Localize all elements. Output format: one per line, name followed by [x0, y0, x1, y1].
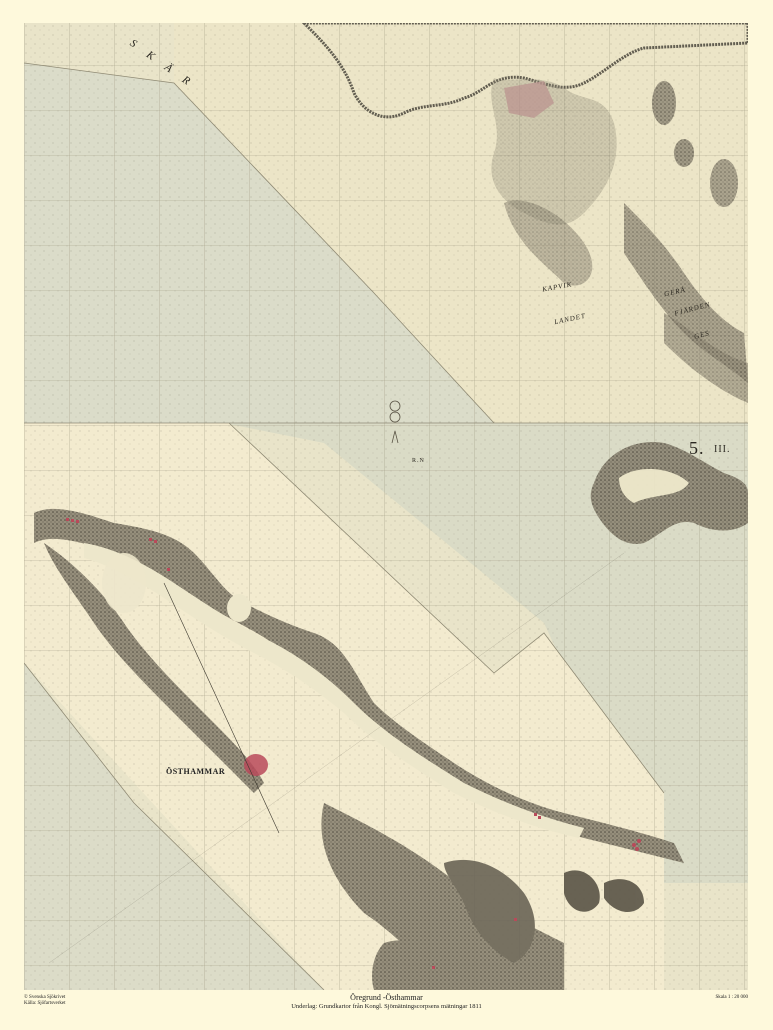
- map-title: Öregrund -Östhammar: [0, 993, 773, 1003]
- label-osthammar: ÖSTHAMMAR: [166, 767, 225, 776]
- scale-label: Skala 1 : 20 000: [716, 995, 749, 1000]
- map-canvas[interactable]: S K Ä R KAPVIK LANDET GERÅ FJÄRDEN GES 8…: [24, 23, 748, 990]
- compass-label: R.N: [412, 458, 425, 464]
- map-subtitle: Underlag: Grundkartor från Kongl. Sjömät…: [0, 1003, 773, 1011]
- sheet-number: 5.: [689, 438, 705, 459]
- sheet-roman: III.: [714, 444, 731, 455]
- map-caption: Öregrund -Östhammar Underlag: Grundkarto…: [0, 993, 773, 1011]
- historical-chart-svg: [24, 23, 748, 990]
